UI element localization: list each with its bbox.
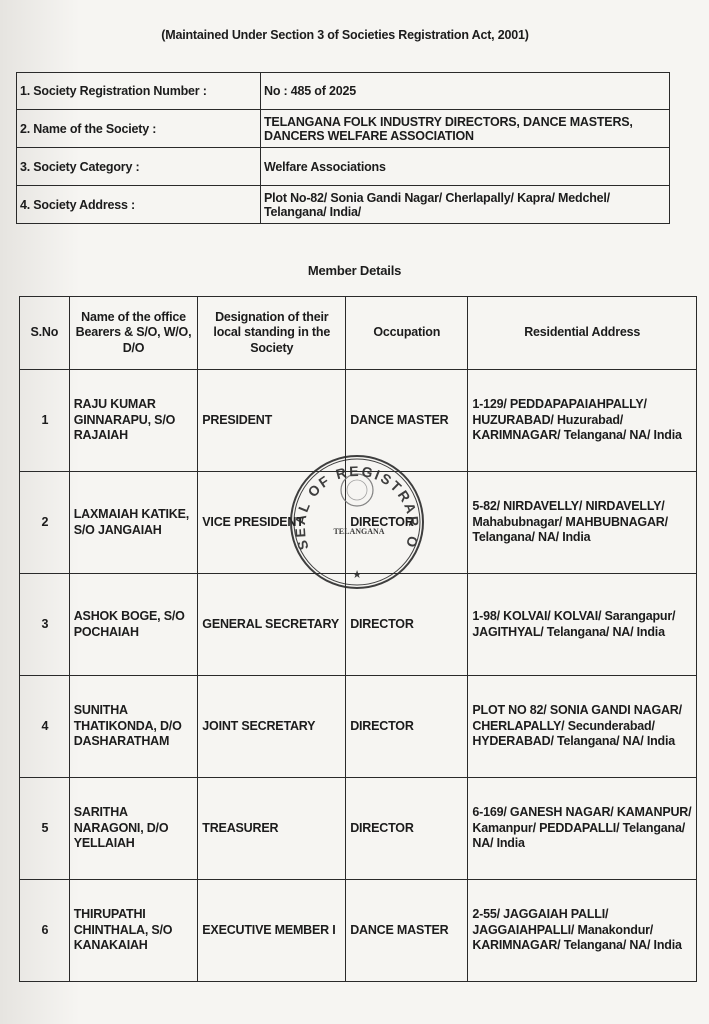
cell-sno: 4 <box>20 676 70 778</box>
cell-occupation: DIRECTOR <box>346 472 468 574</box>
info-label: 1. Society Registration Number : <box>17 73 261 110</box>
cell-sno: 6 <box>20 880 70 982</box>
cell-designation: VICE PRESIDENT <box>198 472 346 574</box>
cell-address: 6-169/ GANESH NAGAR/ KAMANPUR/ Kamanpur/… <box>468 778 697 880</box>
cell-name: LAXMAIAH KATIKE, S/O JANGAIAH <box>69 472 198 574</box>
table-row: 6 THIRUPATHI CHINTHALA, S/O KANAKAIAH EX… <box>20 880 697 982</box>
cell-occupation: DANCE MASTER <box>346 370 468 472</box>
header-sno: S.No <box>20 297 70 370</box>
cell-address: 1-98/ KOLVAI/ KOLVAI/ Sarangapur/ JAGITH… <box>468 574 697 676</box>
cell-name: THIRUPATHI CHINTHALA, S/O KANAKAIAH <box>69 880 198 982</box>
table-header-row: S.No Name of the office Bearers & S/O, W… <box>20 297 697 370</box>
cell-sno: 2 <box>20 472 70 574</box>
cell-sno: 5 <box>20 778 70 880</box>
document-subtitle: (Maintained Under Section 3 of Societies… <box>0 28 690 42</box>
cell-designation: JOINT SECRETARY <box>198 676 346 778</box>
table-row: 5 SARITHA NARAGONI, D/O YELLAIAH TREASUR… <box>20 778 697 880</box>
cell-address: 5-82/ NIRDAVELLY/ NIRDAVELLY/ Mahabubnag… <box>468 472 697 574</box>
cell-designation: TREASURER <box>198 778 346 880</box>
cell-name: SUNITHA THATIKONDA, D/O DASHARATHAM <box>69 676 198 778</box>
member-details-heading: Member Details <box>0 263 709 278</box>
info-row-registration-number: 1. Society Registration Number : No : 48… <box>17 73 670 110</box>
cell-name: ASHOK BOGE, S/O POCHAIAH <box>69 574 198 676</box>
cell-occupation: DANCE MASTER <box>346 880 468 982</box>
cell-name: RAJU KUMAR GINNARAPU, S/O RAJAIAH <box>69 370 198 472</box>
cell-designation: PRESIDENT <box>198 370 346 472</box>
cell-designation: EXECUTIVE MEMBER I <box>198 880 346 982</box>
cell-sno: 3 <box>20 574 70 676</box>
cell-sno: 1 <box>20 370 70 472</box>
info-row-society-address: 4. Society Address : Plot No-82/ Sonia G… <box>17 186 670 224</box>
cell-name: SARITHA NARAGONI, D/O YELLAIAH <box>69 778 198 880</box>
info-value: Welfare Associations <box>261 148 670 186</box>
info-value: Plot No-82/ Sonia Gandi Nagar/ Cherlapal… <box>261 186 670 224</box>
member-details-table: S.No Name of the office Bearers & S/O, W… <box>19 296 697 982</box>
info-label: 2. Name of the Society : <box>17 110 261 148</box>
header-address: Residential Address <box>468 297 697 370</box>
info-row-society-category: 3. Society Category : Welfare Associatio… <box>17 148 670 186</box>
society-info-table: 1. Society Registration Number : No : 48… <box>16 72 670 224</box>
info-label: 3. Society Category : <box>17 148 261 186</box>
info-row-society-name: 2. Name of the Society : TELANGANA FOLK … <box>17 110 670 148</box>
cell-designation: GENERAL SECRETARY <box>198 574 346 676</box>
header-name: Name of the office Bearers & S/O, W/O, D… <box>69 297 198 370</box>
table-row: 4 SUNITHA THATIKONDA, D/O DASHARATHAM JO… <box>20 676 697 778</box>
info-label: 4. Society Address : <box>17 186 261 224</box>
header-designation: Designation of their local standing in t… <box>198 297 346 370</box>
table-row: 3 ASHOK BOGE, S/O POCHAIAH GENERAL SECRE… <box>20 574 697 676</box>
table-row: 2 LAXMAIAH KATIKE, S/O JANGAIAH VICE PRE… <box>20 472 697 574</box>
cell-occupation: DIRECTOR <box>346 574 468 676</box>
cell-address: PLOT NO 82/ SONIA GANDI NAGAR/ CHERLAPAL… <box>468 676 697 778</box>
info-value: TELANGANA FOLK INDUSTRY DIRECTORS, DANCE… <box>261 110 670 148</box>
cell-occupation: DIRECTOR <box>346 676 468 778</box>
info-value: No : 485 of 2025 <box>261 73 670 110</box>
cell-occupation: DIRECTOR <box>346 778 468 880</box>
table-row: 1 RAJU KUMAR GINNARAPU, S/O RAJAIAH PRES… <box>20 370 697 472</box>
cell-address: 1-129/ PEDDAPAPAIAHPALLY/ HUZURABAD/ Huz… <box>468 370 697 472</box>
header-occupation: Occupation <box>346 297 468 370</box>
cell-address: 2-55/ JAGGAIAH PALLI/ JAGGAIAHPALLI/ Man… <box>468 880 697 982</box>
